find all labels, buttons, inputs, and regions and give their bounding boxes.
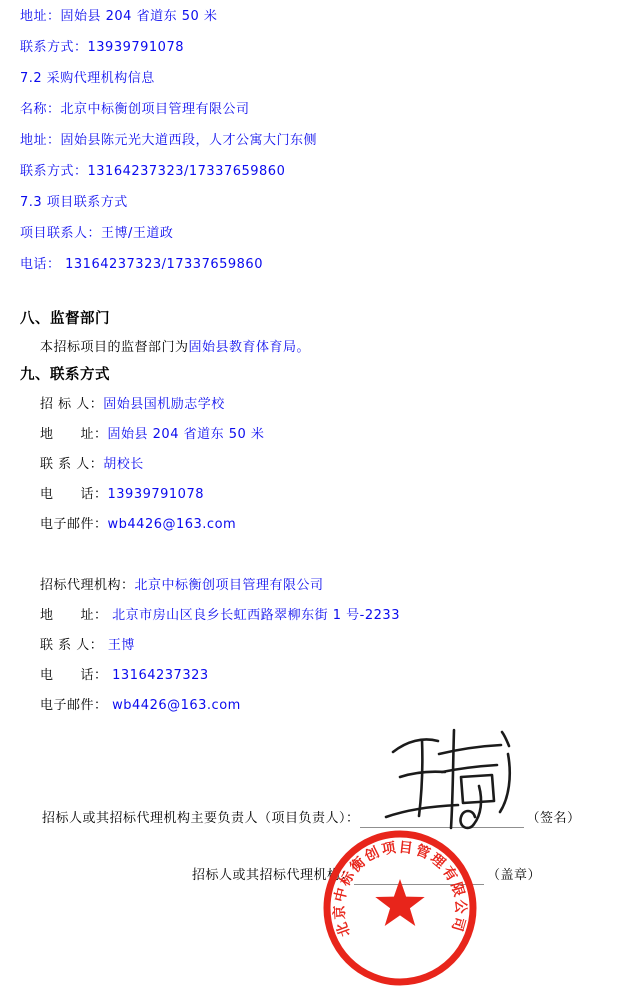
text-line-agency-contact: 联系方式：13164237323/17337659860 (20, 156, 624, 187)
contact-row-email: 电子邮件： wb4426@163.com (40, 691, 624, 721)
field-value: 胡校长 (103, 457, 144, 472)
company-seal: 北京中标衡创项目管理有限公司 (320, 828, 480, 989)
bidding-document-page: 地址：固始县 204 省道东 50 米 联系方式：13939791078 7.2… (0, 0, 624, 989)
field-label: 地 址： (40, 427, 108, 442)
field-value: 王博 (103, 638, 135, 653)
contact-row-phone: 电 话： 13164237323 (40, 661, 624, 691)
contact-row-address: 地 址： 北京市房山区良乡长虹西路翠柳东街 1 号-2233 (40, 601, 624, 631)
contact-row-phone: 电 话：13939791078 (40, 480, 624, 510)
section-7-3-heading: 7.3 项目联系方式 (20, 187, 624, 218)
section-heading-supervision: 八、监督部门 (20, 309, 624, 329)
field-label: 电子邮件： (40, 517, 108, 532)
field-label: 地 址： (40, 608, 108, 623)
field-label: 联 系 人： (40, 457, 103, 472)
tenderer-contact-block: 招 标 人：固始县国机励志学校 地 址：固始县 204 省道东 50 米 联 系… (40, 390, 624, 540)
signature-suffix: （签名） (527, 809, 581, 828)
field-value: 固始县 204 省道东 50 米 (108, 427, 265, 442)
field-value: 13939791078 (108, 487, 204, 502)
field-label: 联 系 人： (40, 638, 103, 653)
field-label: 招 标 人： (40, 397, 103, 412)
contact-row-person: 联 系 人：胡校长 (40, 450, 624, 480)
handwritten-signature (383, 724, 513, 836)
text-line-project-contact: 项目联系人：王博/王道政 (20, 218, 624, 249)
contact-row-tenderer: 招 标 人：固始县国机励志学校 (40, 390, 624, 420)
field-value: 北京市房山区良乡长虹西路翠柳东街 1 号-2233 (108, 608, 400, 623)
text-line-project-phone: 电话： 13164237323/17337659860 (20, 249, 624, 280)
field-value: 13164237323 (108, 668, 209, 683)
text-line-address: 地址：固始县 204 省道东 50 米 (20, 1, 624, 32)
field-label: 电 话： (40, 668, 108, 683)
field-value: wb4426@163.com (108, 698, 241, 713)
field-label: 电子邮件： (40, 698, 108, 713)
field-value: 固始县国机励志学校 (103, 397, 225, 412)
contact-row-agency: 招标代理机构：北京中标衡创项目管理有限公司 (40, 571, 624, 601)
field-label: 电 话： (40, 487, 108, 502)
contact-row-person: 联 系 人： 王博 (40, 631, 624, 661)
red-star-icon (375, 879, 424, 926)
project-info-block: 地址：固始县 204 省道东 50 米 联系方式：13939791078 7.2… (0, 0, 624, 280)
text-line-contact: 联系方式：13939791078 (20, 32, 624, 63)
field-value: 北京中标衡创项目管理有限公司 (135, 578, 324, 593)
text-line-agency-address: 地址：固始县陈元光大道西段，人才公寓大门东侧 (20, 125, 624, 156)
field-value: wb4426@163.com (108, 517, 237, 532)
supervision-lead-text: 本招标项目的监督部门为 (40, 340, 189, 355)
section-heading-contact: 九、联系方式 (20, 365, 624, 385)
field-label: 招标代理机构： (40, 578, 135, 593)
agency-contact-block: 招标代理机构：北京中标衡创项目管理有限公司 地 址： 北京市房山区良乡长虹西路翠… (40, 571, 624, 721)
contact-row-address: 地 址：固始县 204 省道东 50 米 (40, 420, 624, 450)
supervision-department: 固始县教育体育局。 (189, 340, 311, 355)
section-7-2-heading: 7.2 采购代理机构信息 (20, 63, 624, 94)
stamp-suffix: （盖章） (487, 866, 541, 885)
contact-row-email: 电子邮件：wb4426@163.com (40, 510, 624, 540)
supervision-paragraph: 本招标项目的监督部门为固始县教育体育局。 (40, 338, 624, 357)
signature-line-label: 招标人或其招标代理机构主要负责人（项目负责人）： (42, 809, 360, 828)
text-line-agency-name: 名称：北京中标衡创项目管理有限公司 (20, 94, 624, 125)
